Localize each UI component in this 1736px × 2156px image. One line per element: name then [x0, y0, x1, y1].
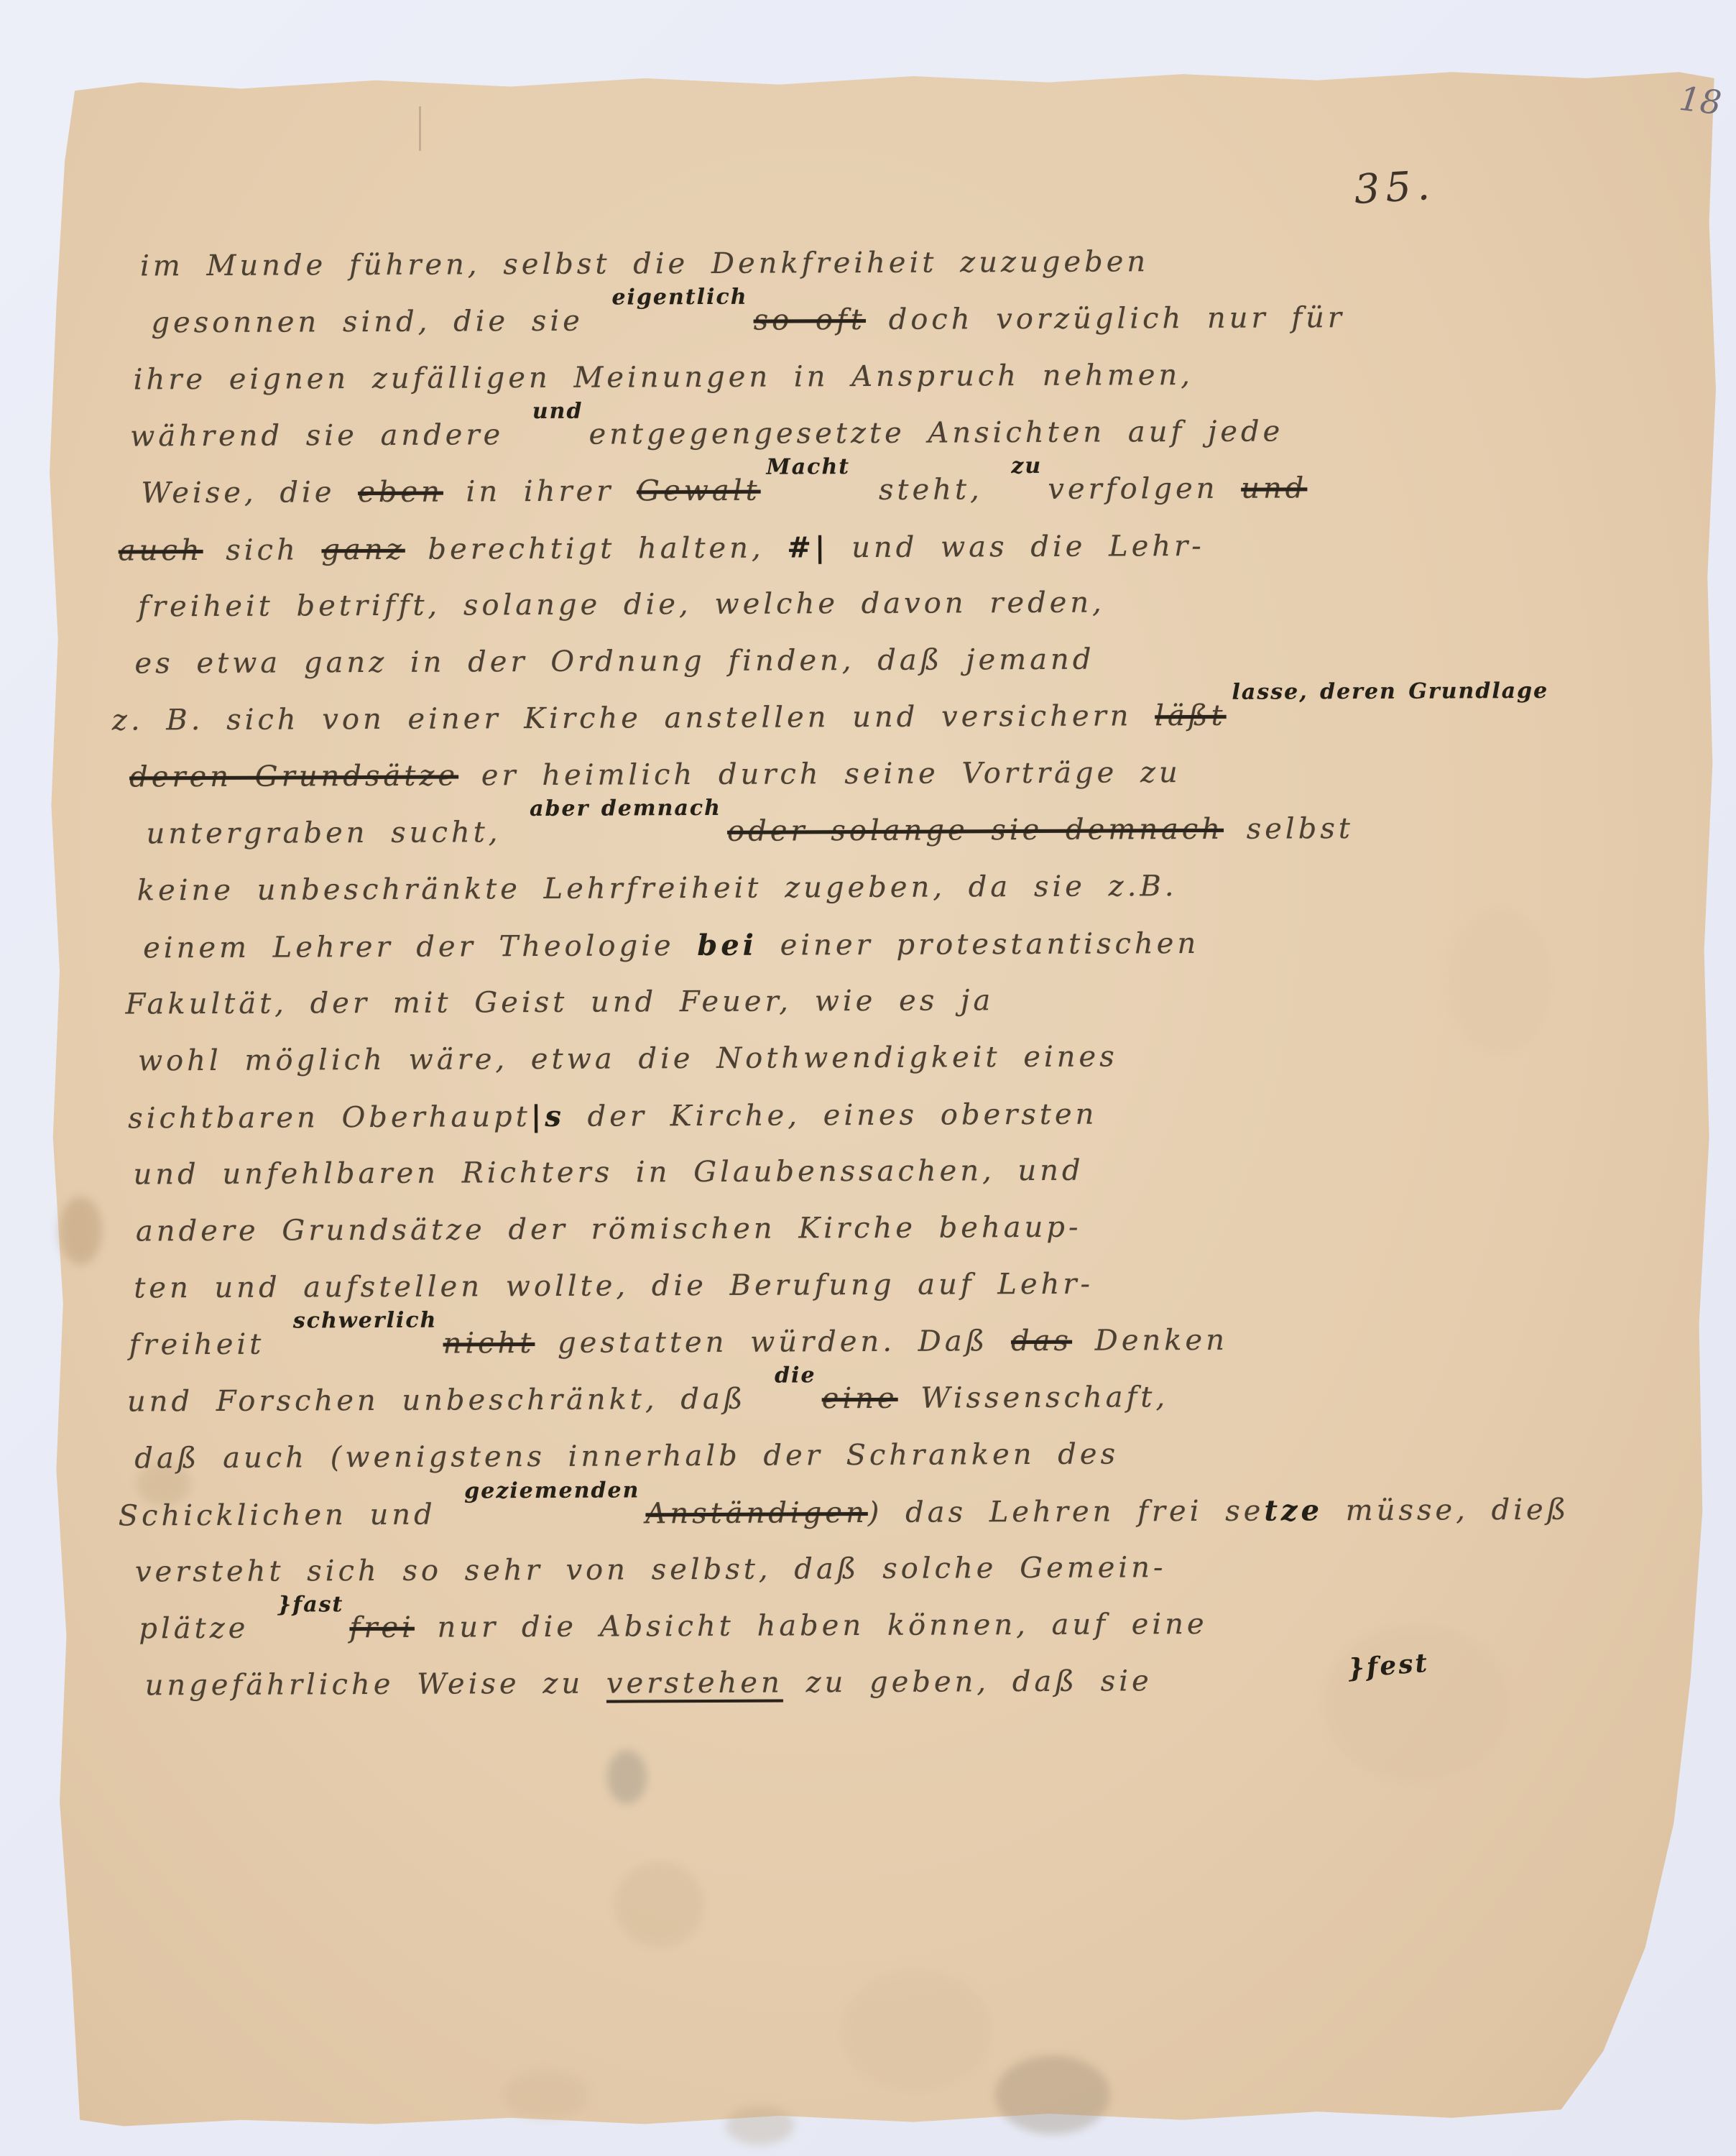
interlinear-insertion: und: [532, 399, 583, 424]
strikethrough-text: eben: [358, 476, 443, 510]
strikethrough-text: auch: [119, 534, 203, 568]
manuscript-line-23: Schicklichen und geziemendenAnständigen)…: [119, 1493, 1570, 1533]
handwritten-text: Denken: [1072, 1324, 1228, 1358]
handwritten-text: berechtigt halten,: [405, 531, 788, 566]
strikethrough-text: frei: [349, 1611, 415, 1644]
manuscript-line-25: plätze }fastfrei nur die Absicht haben k…: [139, 1608, 1207, 1645]
strikethrough-text: Gewalt: [637, 474, 761, 508]
handwritten-text: einer protestantischen: [757, 927, 1199, 962]
handwritten-text: plätze: [139, 1612, 272, 1646]
manuscript-line-5: Weise, die eben in ihrer GewaltMacht ste…: [141, 471, 1307, 510]
handwritten-text: sich: [203, 533, 321, 567]
overwritten-correction: |s: [531, 1100, 565, 1133]
handwritten-text: und unfehlbaren Richters in Glaubenssach…: [133, 1154, 1084, 1192]
manuscript-line-12: keine unbeschränkte Lehrfreiheit zugeben…: [137, 870, 1178, 907]
manuscript-line-16: sichtbaren Oberhaupt|s der Kirche, eines…: [128, 1097, 1097, 1135]
handwritten-text: und was die Lehr-: [828, 530, 1205, 564]
handwritten-text: er heimlich durch seine Vorträge zu: [458, 756, 1181, 792]
interlinear-insertion: zu: [1011, 453, 1042, 479]
manuscript-line-22: daß auch (wenigstens innerhalb der Schra…: [134, 1437, 1119, 1475]
manuscript-line-15: wohl möglich wäre, etwa die Nothwendigke…: [138, 1040, 1118, 1077]
handwritten-text: einem Lehrer der Theologie: [143, 929, 697, 964]
manuscript-line-18: andere Grundsätze der römischen Kirche b…: [136, 1211, 1082, 1248]
manuscript-line-20: freiheit schwerlichnicht gestatten würde…: [129, 1324, 1229, 1362]
handwritten-text: Wissenschaft,: [898, 1381, 1169, 1415]
overwritten-correction: bei: [697, 929, 757, 962]
handwritten-text: im Munde führen, selbst die Denkfreiheit…: [140, 245, 1149, 282]
manuscript-line-7: freiheit betrifft, solange die, welche d…: [138, 586, 1105, 624]
handwritten-text: Weise, die: [141, 476, 358, 510]
handwritten-text: ungefährliche Weise zu: [145, 1667, 606, 1703]
underlined-text: verstehen: [606, 1667, 783, 1700]
folio-number: 18: [1677, 79, 1723, 123]
strikethrough-text: und: [1241, 471, 1307, 505]
handwritten-text: doch vorzüglich nur für: [866, 301, 1345, 336]
strikethrough-text: nicht: [443, 1327, 535, 1360]
handwritten-text: daß auch (wenigstens innerhalb der Schra…: [134, 1437, 1119, 1475]
scanned-page: 35. 18 im Munde führen, selbst die Denkf…: [0, 0, 1736, 2156]
handwritten-text: freiheit betrifft, solange die, welche d…: [138, 586, 1105, 624]
handwritten-text: sichtbaren Oberhaupt: [128, 1100, 531, 1135]
handwritten-text: in ihrer: [443, 474, 637, 508]
manuscript-line-13: einem Lehrer der Theologie bei einer pro…: [143, 926, 1199, 964]
handwritten-text: ) das Lehren frei se: [868, 1495, 1265, 1529]
strikethrough-text: oder solange sie demnach: [727, 813, 1224, 848]
interlinear-insertion: }fast: [277, 1592, 344, 1617]
manuscript-line-9: z. B. sich von einer Kirche anstellen un…: [112, 698, 1555, 737]
handwritten-text: entgegengesetzte Ansichten auf jede: [588, 415, 1283, 451]
handwritten-text: nur die Absicht haben können, auf eine: [415, 1608, 1208, 1644]
manuscript-line-14: Fakultät, der mit Geist und Feuer, wie e…: [125, 984, 994, 1021]
handwritten-text: untergraben sucht,: [146, 816, 524, 850]
strikethrough-text: das: [1011, 1325, 1072, 1358]
manuscript-line-8: es etwa ganz in der Ordnung finden, daß …: [134, 643, 1094, 681]
manuscript-line-26: ungefährliche Weise zu verstehen zu gebe…: [145, 1664, 1153, 1702]
manuscript-line-17: und unfehlbaren Richters in Glaubenssach…: [133, 1154, 1084, 1192]
strikethrough-text: so oft: [754, 303, 866, 337]
manuscript-text: im Munde führen, selbst die Denkfreiheit…: [0, 0, 1731, 4]
handwritten-text: selbst: [1224, 812, 1354, 846]
handwritten-text: Fakultät, der mit Geist und Feuer, wie e…: [125, 984, 994, 1021]
handwritten-text: müsse, dieß: [1323, 1493, 1570, 1527]
manuscript-line-21: und Forschen unbeschränkt, daß dieeine W…: [127, 1381, 1168, 1418]
handwritten-text: steht,: [856, 473, 1005, 507]
handwritten-text: ten und aufstellen wollte, die Berufung …: [134, 1268, 1094, 1305]
marginal-notes: }fest: [0, 0, 1731, 4]
manuscript-line-2: gesonnen sind, die sie eigentlichso oft …: [151, 301, 1345, 339]
strikethrough-text: ganz: [321, 533, 405, 567]
handwritten-text: zu geben, daß sie: [783, 1664, 1153, 1699]
handwritten-text: freiheit: [129, 1328, 288, 1362]
manuscript-line-19: ten und aufstellen wollte, die Berufung …: [134, 1268, 1094, 1305]
strikethrough-text: eine: [822, 1382, 898, 1415]
handwritten-text: wohl möglich wäre, etwa die Nothwendigke…: [138, 1040, 1118, 1077]
strikethrough-text: Anständigen: [645, 1496, 867, 1530]
handwritten-text: verfolgen: [1048, 472, 1241, 506]
handwritten-text: keine unbeschränkte Lehrfreiheit zugeben…: [137, 870, 1178, 907]
marginal-insertion-1: }fest: [1347, 1648, 1430, 1684]
manuscript-line-11: untergraben sucht, aber demnachoder sola…: [146, 812, 1354, 850]
handwritten-text: Schicklichen und: [119, 1498, 459, 1532]
strikethrough-text: deren Grundsätze: [129, 759, 458, 793]
manuscript-line-10: deren Grundsätze er heimlich durch seine…: [129, 756, 1181, 793]
handwritten-text: der Kirche, eines obersten: [565, 1098, 1098, 1133]
handwritten-text: gesonnen sind, die sie: [151, 305, 606, 340]
page-number: 35.: [1353, 162, 1437, 213]
strikethrough-text: läßt: [1155, 699, 1227, 732]
interlinear-insertion: Macht: [766, 454, 850, 480]
overwritten-correction: #|: [787, 530, 828, 564]
handwritten-text: andere Grundsätze der römischen Kirche b…: [136, 1211, 1082, 1248]
interlinear-insertion: geziemenden: [464, 1478, 640, 1503]
handwritten-text: und Forschen unbeschränkt, daß: [127, 1383, 770, 1419]
manuscript-line-4: während sie andere undentgegengesetzte A…: [130, 415, 1283, 453]
handwritten-text: es etwa ganz in der Ordnung finden, daß …: [134, 643, 1094, 681]
interlinear-insertion: die: [775, 1363, 816, 1388]
handwritten-text: ihre eignen zufälligen Meinungen in Ansp…: [134, 359, 1193, 396]
manuscript-line-3: ihre eignen zufälligen Meinungen in Ansp…: [134, 359, 1193, 396]
overwritten-correction: tze: [1264, 1493, 1323, 1527]
manuscript-line-6: auch sich ganz berechtigt halten, #| und…: [119, 529, 1205, 568]
handwritten-text: während sie andere: [130, 418, 527, 453]
interlinear-insertion: aber demnach: [530, 796, 721, 821]
interlinear-insertion: eigentlich: [611, 285, 747, 310]
interlinear-insertion: lasse, deren Grundlage: [1232, 678, 1548, 705]
interlinear-insertion: schwerlich: [293, 1308, 438, 1334]
handwriting-layer: 35. 18 im Munde führen, selbst die Denkf…: [0, 0, 1736, 2156]
manuscript-line-24: versteht sich so sehr von selbst, daß so…: [135, 1551, 1167, 1588]
handwritten-text: gestatten würden. Daß: [535, 1325, 1011, 1360]
handwritten-text: z. B. sich von einer Kirche anstellen un…: [112, 699, 1155, 737]
manuscript-line-1: im Munde führen, selbst die Denkfreiheit…: [140, 245, 1149, 282]
handwritten-text: versteht sich so sehr von selbst, daß so…: [135, 1551, 1167, 1588]
